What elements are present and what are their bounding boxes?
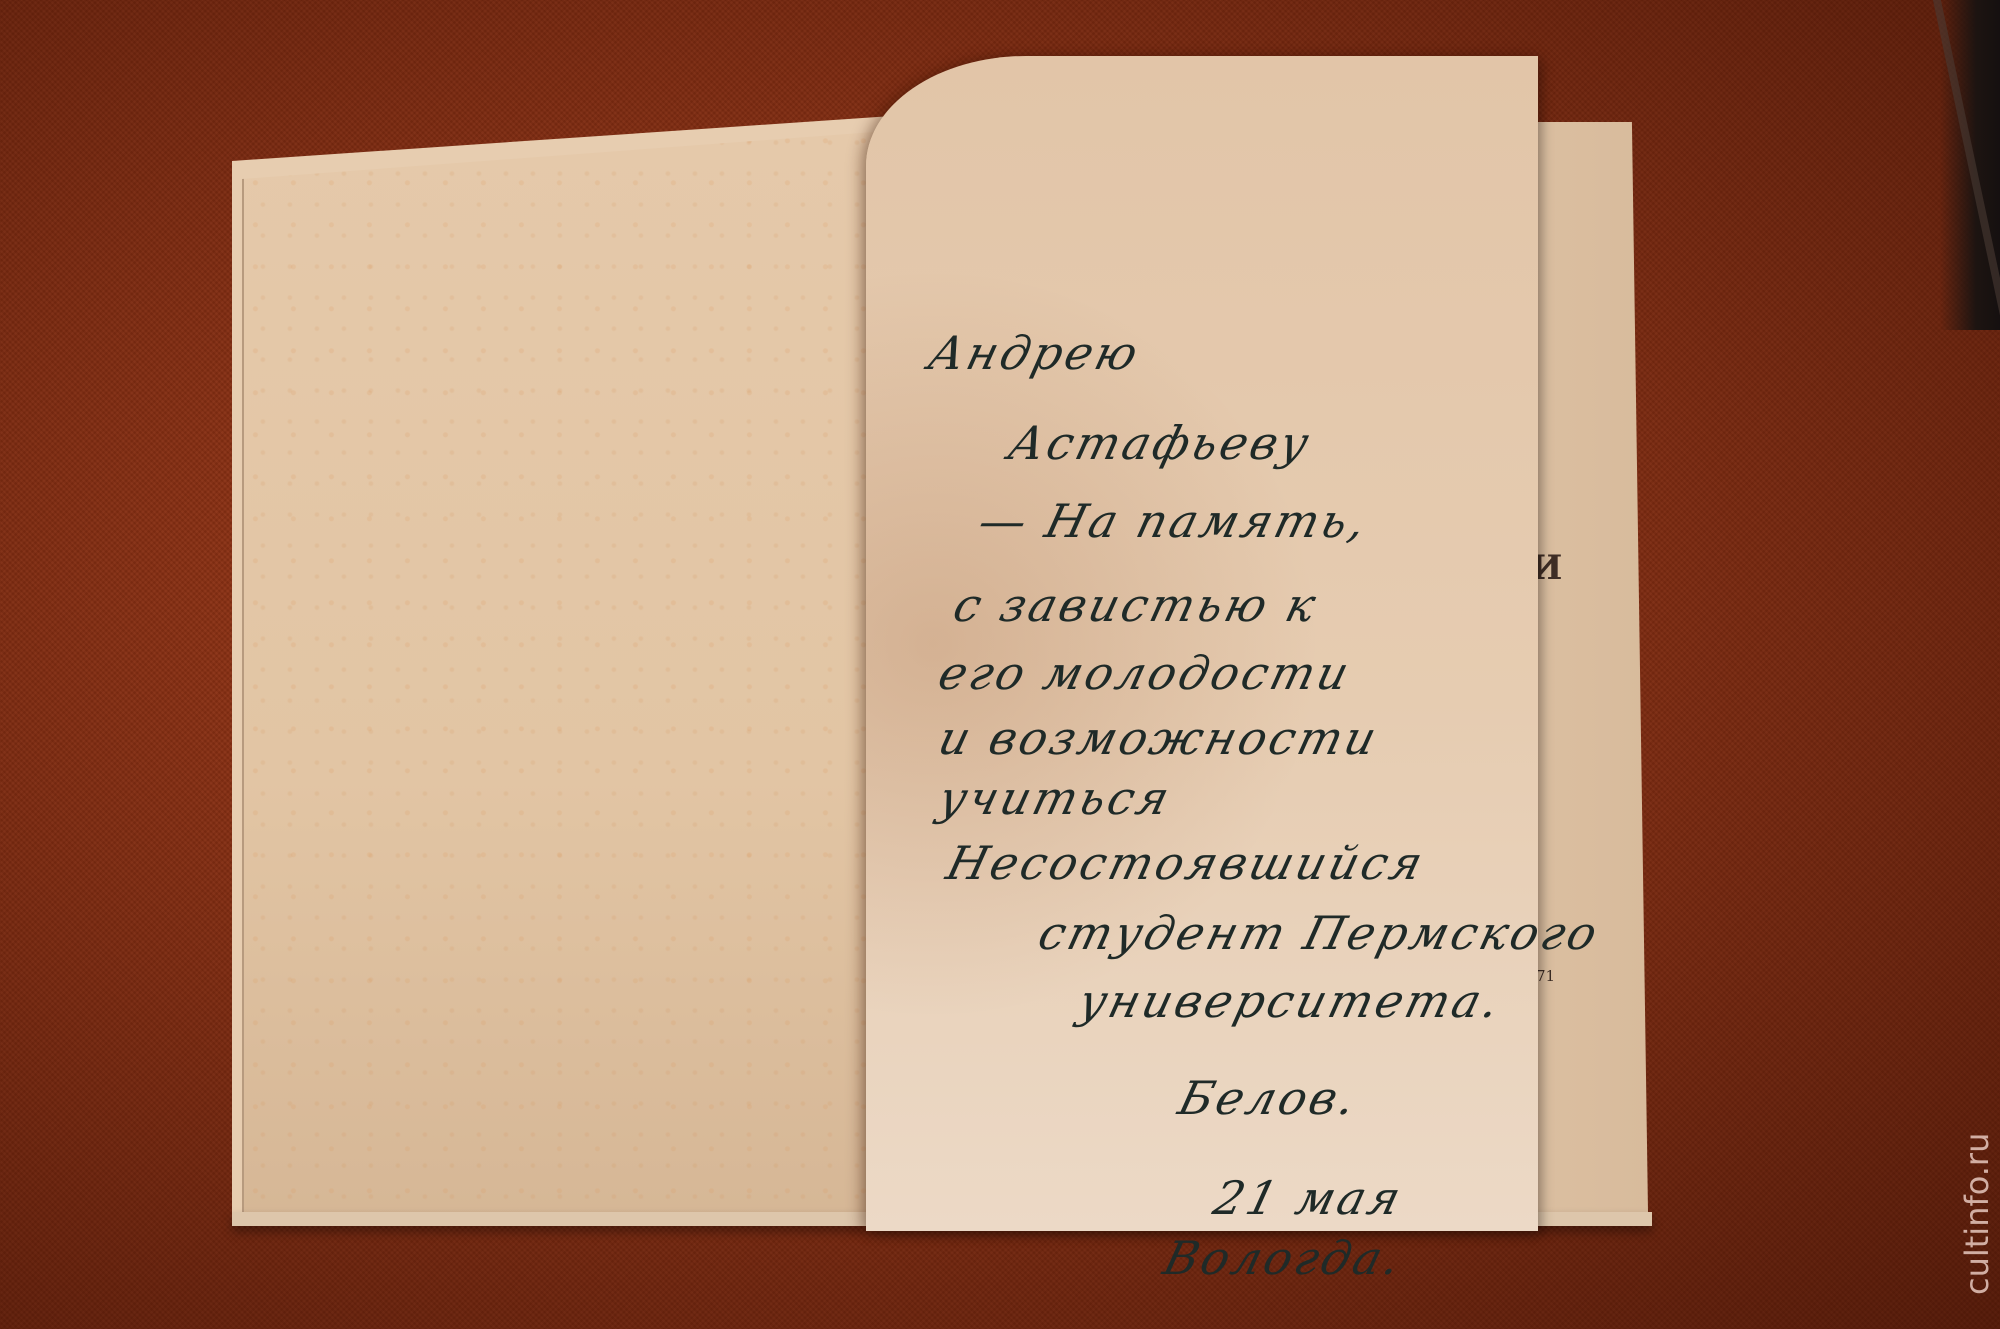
inscription-line: студент Пермского [1034,910,1604,956]
inscription-line: его молодости [934,650,1356,696]
inscription-line: и возможности [934,715,1383,761]
flyleaf-page [866,56,1538,1231]
inscription-line: Астафьеву [1004,420,1316,466]
inscription-signature: Белов. [1174,1075,1363,1121]
site-watermark: cultinfo.ru [1958,1133,1996,1295]
inscription-date: 21 мая [1209,1175,1408,1221]
inscription-line: Андрею [924,330,1145,376]
inscription-line: — На память, [974,498,1373,544]
dark-shelf-edge [1940,0,2000,330]
inscription-line: учиться [934,775,1176,821]
left-endpaper [242,124,874,1214]
inscription-line: Несостоявшийся [942,840,1430,886]
inscription-line: с завистью к [949,582,1323,628]
inscription-place: Вологда. [1159,1235,1407,1281]
printed-page-number: 71 [1536,967,1555,985]
inscription-line: университета. [1074,978,1506,1024]
